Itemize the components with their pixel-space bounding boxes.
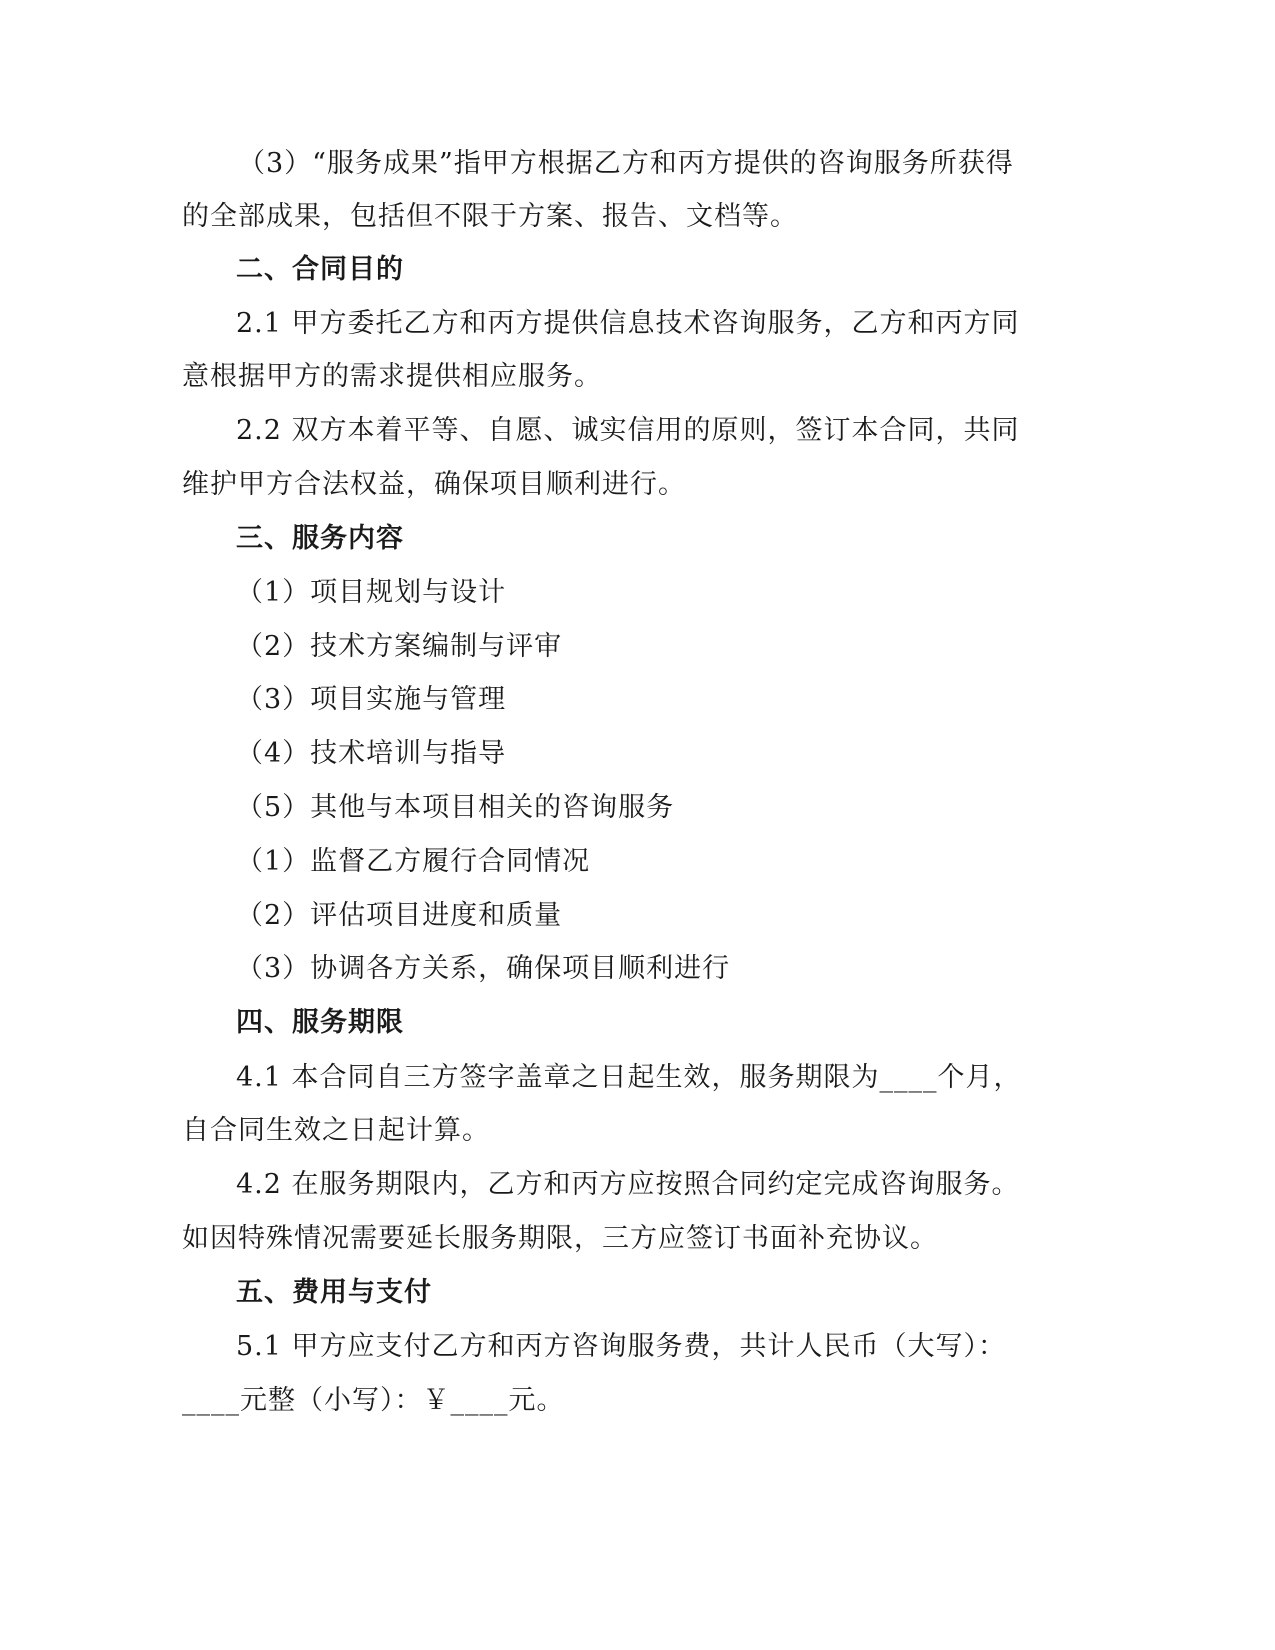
paragraph-line: ____元整（小写）：￥____元。 bbox=[182, 1383, 565, 1419]
paragraph-line: （4）技术培训与指导 bbox=[236, 736, 506, 772]
paragraph-line: 2.1 甲方委托乙方和丙方提供信息技术咨询服务，乙方和丙方同 bbox=[236, 306, 1020, 342]
paragraph-line: 意根据甲方的需求提供相应服务。 bbox=[182, 359, 602, 395]
document-page: （3）“服务成果”指甲方根据乙方和丙方提供的咨询服务所获得的全部成果，包括但不限… bbox=[0, 0, 1275, 1650]
paragraph-line: 的全部成果，包括但不限于方案、报告、文档等。 bbox=[182, 199, 798, 235]
paragraph-line: 2.2 双方本着平等、自愿、诚实信用的原则，签订本合同，共同 bbox=[236, 413, 1020, 449]
paragraph-line: （3）“服务成果”指甲方根据乙方和丙方提供的咨询服务所获得 bbox=[238, 146, 1014, 182]
paragraph-line: （2）评估项目进度和质量 bbox=[236, 898, 562, 934]
section-heading: 四、服务期限 bbox=[236, 1005, 404, 1041]
paragraph-line: （2）技术方案编制与评审 bbox=[236, 629, 562, 665]
paragraph-line: 维护甲方合法权益，确保项目顺利进行。 bbox=[182, 467, 686, 503]
paragraph-line: （5）其他与本项目相关的咨询服务 bbox=[236, 790, 674, 826]
paragraph-line: 5.1 甲方应支付乙方和丙方咨询服务费，共计人民币（大写）： bbox=[236, 1329, 1006, 1365]
paragraph-line: 自合同生效之日起计算。 bbox=[182, 1113, 490, 1149]
paragraph-line: （3）项目实施与管理 bbox=[236, 682, 506, 718]
section-heading: 五、费用与支付 bbox=[236, 1275, 432, 1311]
paragraph-line: （1）项目规划与设计 bbox=[236, 575, 506, 611]
paragraph-line: （1）监督乙方履行合同情况 bbox=[236, 844, 590, 880]
paragraph-line: 4.2 在服务期限内，乙方和丙方应按照合同约定完成咨询服务。 bbox=[236, 1167, 1020, 1203]
section-heading: 二、合同目的 bbox=[236, 252, 404, 288]
section-heading: 三、服务内容 bbox=[236, 521, 404, 557]
paragraph-line: 如因特殊情况需要延长服务期限，三方应签订书面补充协议。 bbox=[182, 1221, 938, 1257]
paragraph-line: 4.1 本合同自三方签字盖章之日起生效，服务期限为____个月， bbox=[236, 1060, 1022, 1096]
paragraph-line: （3）协调各方关系，确保项目顺利进行 bbox=[236, 951, 730, 987]
